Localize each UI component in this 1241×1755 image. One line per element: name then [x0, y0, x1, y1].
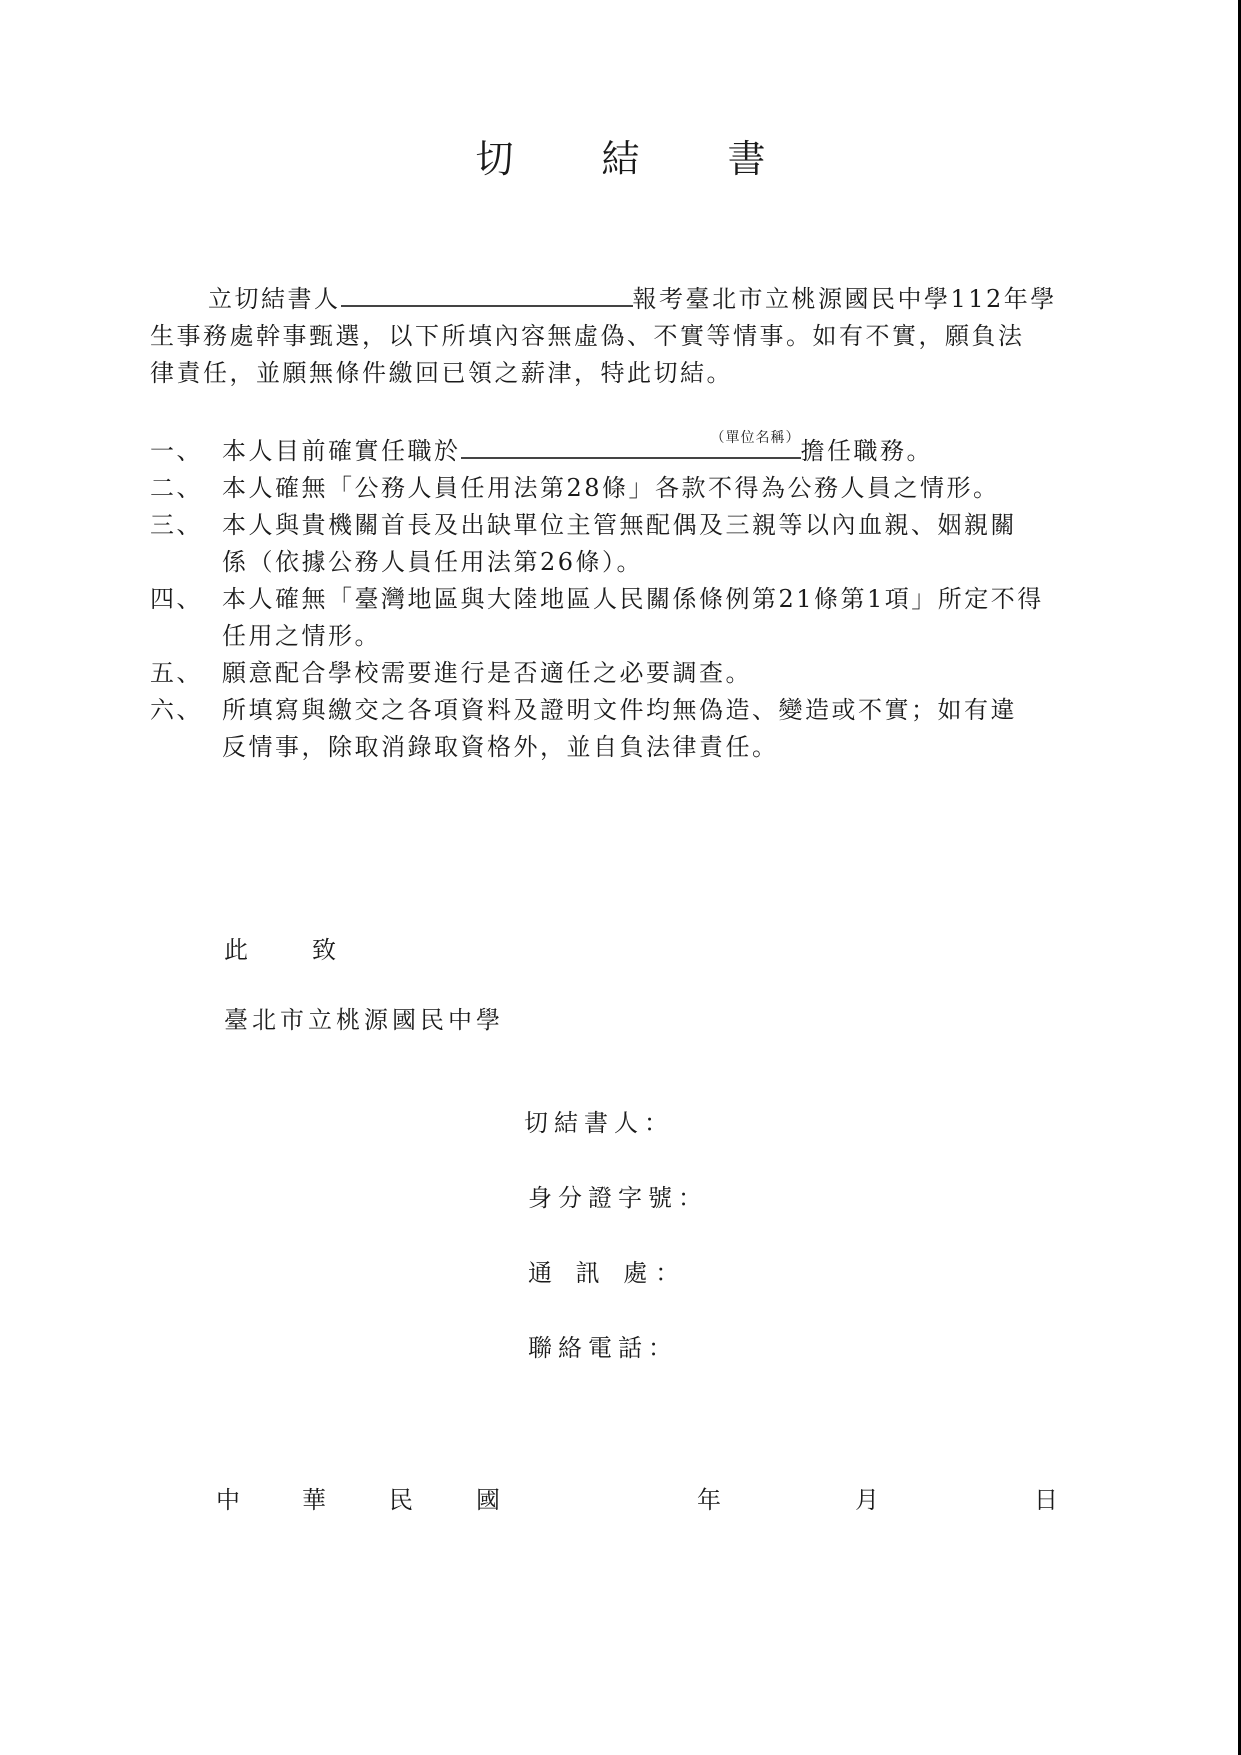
date-month-label: 月	[855, 1480, 879, 1515]
item-line: 反情事，除取消錄取資格外，並自負法律責任。	[222, 729, 1110, 766]
document-title: 切結書	[0, 128, 1241, 183]
salutation-char: 此	[224, 936, 248, 964]
signer-name-blank[interactable]	[341, 283, 633, 307]
title-char: 書	[728, 128, 766, 183]
id-number-label: 身分證字號：	[528, 1178, 708, 1213]
item-text: 本人與貴機關首長及出缺單位主管無配偶及三親等以內血親、姻親關 係（依據公務人員任…	[222, 507, 1110, 581]
date-year-label: 年	[697, 1480, 721, 1515]
item-text: 本人目前確實任職於（單位名稱）擔任職務。	[222, 433, 1110, 470]
list-item: 三、 本人與貴機關首長及出缺單位主管無配偶及三親等以內血親、姻親關 係（依據公務…	[150, 507, 1110, 581]
unit-name-hint: （單位名稱）	[711, 420, 801, 457]
item-number: 三、	[150, 507, 222, 581]
item-line: 本人確無「臺灣地區與大陸地區人民關係條例第21條第1項」所定不得	[222, 581, 1110, 618]
recipient: 臺北市立桃源國民中學	[224, 1000, 504, 1035]
salutation-char: 致	[312, 936, 336, 964]
item-number: 六、	[150, 692, 222, 766]
list-item: 一、 本人目前確實任職於（單位名稱）擔任職務。	[150, 433, 1110, 470]
item-number: 四、	[150, 581, 222, 655]
item-text: 本人確無「公務人員任用法第28條」各款不得為公務人員之情形。	[222, 470, 1110, 507]
date-day-label: 日	[1034, 1480, 1058, 1515]
date-era-char: 中	[216, 1480, 240, 1515]
employer-blank[interactable]: （單位名稱）	[461, 435, 801, 459]
signer-label: 切結書人：	[524, 1103, 674, 1138]
item-number: 二、	[150, 470, 222, 507]
intro-prefix: 立切結書人	[208, 285, 341, 313]
item-suffix: 擔任職務。	[801, 437, 934, 465]
phone-label: 聯絡電話：	[528, 1328, 678, 1363]
intro-line-2: 生事務處幹事甄選，以下所填內容無虛偽、不實等情事。如有不實，願負法	[150, 318, 1110, 355]
item-number: 一、	[150, 433, 222, 470]
intro-line-3: 律責任，並願無條件繳回已領之薪津，特此切結。	[150, 355, 1110, 392]
item-prefix: 本人目前確實任職於	[222, 437, 461, 465]
salutation: 此致	[224, 930, 336, 965]
item-line: 所填寫與繳交之各項資料及證明文件均無偽造、變造或不實；如有違	[222, 692, 1110, 729]
item-line: 係（依據公務人員任用法第26條）。	[222, 544, 1110, 581]
item-text: 本人確無「臺灣地區與大陸地區人民關係條例第21條第1項」所定不得 任用之情形。	[222, 581, 1110, 655]
intro-paragraph: 立切結書人報考臺北市立桃源國民中學112年學 生事務處幹事甄選，以下所填內容無虛…	[150, 281, 1110, 392]
title-char: 切	[475, 128, 513, 183]
list-item: 四、 本人確無「臺灣地區與大陸地區人民關係條例第21條第1項」所定不得 任用之情…	[150, 581, 1110, 655]
list-item: 二、 本人確無「公務人員任用法第28條」各款不得為公務人員之情形。	[150, 470, 1110, 507]
date-era-char: 民	[389, 1480, 413, 1515]
date-era-char: 國	[476, 1480, 500, 1515]
title-char: 結	[601, 128, 639, 183]
address-label: 通 訊 處：	[528, 1253, 687, 1288]
item-line: 本人與貴機關首長及出缺單位主管無配偶及三親等以內血親、姻親關	[222, 507, 1110, 544]
intro-line-1: 立切結書人報考臺北市立桃源國民中學112年學	[150, 281, 1110, 318]
item-text: 所填寫與繳交之各項資料及證明文件均無偽造、變造或不實；如有違 反情事，除取消錄取…	[222, 692, 1110, 766]
declaration-list: 一、 本人目前確實任職於（單位名稱）擔任職務。 二、 本人確無「公務人員任用法第…	[150, 433, 1110, 766]
date-era-char: 華	[302, 1480, 326, 1515]
list-item: 五、 願意配合學校需要進行是否適任之必要調查。	[150, 655, 1110, 692]
intro-suffix: 報考臺北市立桃源國民中學112年學	[633, 285, 1057, 313]
item-text: 願意配合學校需要進行是否適任之必要調查。	[222, 655, 1110, 692]
list-item: 六、 所填寫與繳交之各項資料及證明文件均無偽造、變造或不實；如有違 反情事，除取…	[150, 692, 1110, 766]
item-line: 任用之情形。	[222, 618, 1110, 655]
item-number: 五、	[150, 655, 222, 692]
